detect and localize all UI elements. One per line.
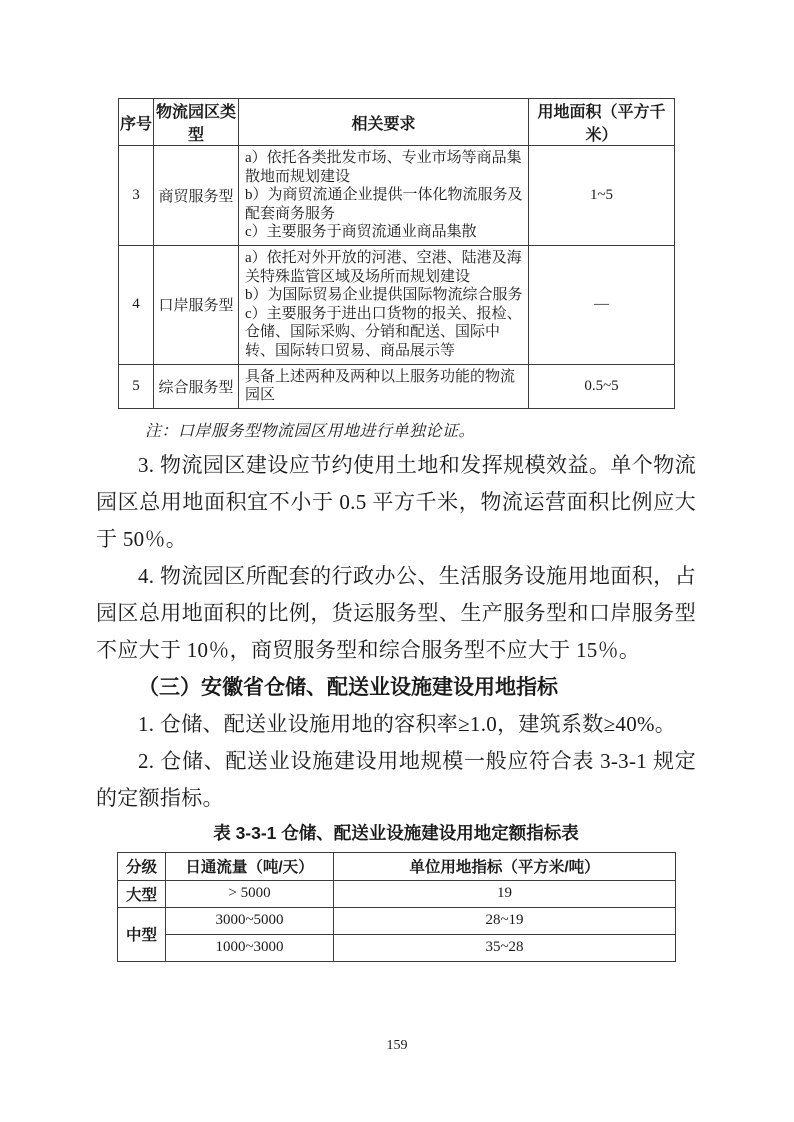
requirement-item: a）依托对外开放的河港、空港、陆港及海关特殊监管区域及场所而规划建设 — [245, 249, 525, 286]
document-page: { "table1": { "headers": ["序号", "物流园区类型"… — [0, 0, 794, 1122]
land-area-cell: 0.5~5 — [529, 364, 675, 408]
requirements-cell: a）依托各类批发市场、专业市场等商品集散地而规划建设 b）为商贸流通企业提供一体… — [239, 146, 529, 246]
page-content: 序号 物流园区类型 相关要求 用地面积（平方千米） 3 商贸服务型 a）依托各类… — [96, 98, 696, 962]
park-type-cell: 口岸服务型 — [154, 245, 239, 364]
header-cell-daily-flow: 日通流量（吨/天） — [166, 852, 334, 880]
page-number: 159 — [0, 1038, 794, 1054]
table-header-row: 分级 日通流量（吨/天） 单位用地指标（平方米/吨） — [118, 852, 676, 880]
table-header-row: 序号 物流园区类型 相关要求 用地面积（平方千米） — [119, 99, 675, 146]
logistics-park-types-table: 序号 物流园区类型 相关要求 用地面积（平方千米） 3 商贸服务型 a）依托各类… — [118, 98, 675, 409]
row-number-cell: 5 — [119, 364, 154, 408]
daily-flow-cell: 1000~3000 — [166, 934, 334, 961]
land-area-cell: 1~5 — [529, 146, 675, 246]
table-note: 注：口岸服务型物流园区用地进行单独论证。 — [145, 418, 696, 441]
requirements-cell: 具备上述两种及两种以上服务功能的物流园区 — [239, 364, 529, 408]
row-number-cell: 3 — [119, 146, 154, 246]
header-cell-grade: 分级 — [118, 852, 166, 880]
unit-indicator-cell: 19 — [334, 880, 676, 907]
requirement-item: b）为商贸流通企业提供一体化物流服务及配套商务服务 — [245, 186, 525, 223]
header-cell-land-area: 用地面积（平方千米） — [529, 99, 675, 146]
paragraph-3: 3. 物流园区建设应节约使用土地和发挥规模效益。单个物流园区总用地面积宜不小于 … — [96, 447, 696, 558]
paragraph-4: 4. 物流园区所配套的行政办公、生活服务设施用地面积，占园区总用地面积的比例，货… — [96, 558, 696, 669]
park-type-cell: 商贸服务型 — [154, 146, 239, 246]
requirements-cell: a）依托对外开放的河港、空港、陆港及海关特殊监管区域及场所而规划建设 b）为国际… — [239, 245, 529, 364]
requirement-item: a）依托各类批发市场、专业市场等商品集散地而规划建设 — [245, 149, 525, 186]
daily-flow-cell: 3000~5000 — [166, 907, 334, 934]
header-cell-park-type: 物流园区类型 — [154, 99, 239, 146]
warehouse-quota-table: 分级 日通流量（吨/天） 单位用地指标（平方米/吨） 大型 > 5000 19 … — [117, 852, 676, 962]
item-1: 1. 仓储、配送业设施用地的容积率≥1.0，建筑系数≥40%。 — [96, 706, 696, 743]
table-row: 4 口岸服务型 a）依托对外开放的河港、空港、陆港及海关特殊监管区域及场所而规划… — [119, 245, 675, 364]
header-cell-requirements: 相关要求 — [239, 99, 529, 146]
table-row: 3 商贸服务型 a）依托各类批发市场、专业市场等商品集散地而规划建设 b）为商贸… — [119, 146, 675, 246]
requirement-item: c）主要服务于商贸流通业商品集散 — [245, 223, 525, 242]
item-2: 2. 仓储、配送业设施建设用地规模一般应符合表 3-3-1 规定的定额指标。 — [96, 743, 696, 817]
table-row: 大型 > 5000 19 — [118, 880, 676, 907]
park-type-cell: 综合服务型 — [154, 364, 239, 408]
requirement-item: b）为国际贸易企业提供国际物流综合服务 — [245, 286, 525, 305]
table-row: 中型 3000~5000 28~19 — [118, 907, 676, 934]
land-area-cell: — — [529, 245, 675, 364]
header-cell-unit-indicator: 单位用地指标（平方米/吨） — [334, 852, 676, 880]
grade-cell: 中型 — [118, 907, 166, 961]
table-row: 5 综合服务型 具备上述两种及两种以上服务功能的物流园区 0.5~5 — [119, 364, 675, 408]
section-heading: （三）安徽省仓储、配送业设施建设用地指标 — [96, 669, 696, 706]
header-cell-seq: 序号 — [119, 99, 154, 146]
grade-cell: 大型 — [118, 880, 166, 907]
row-number-cell: 4 — [119, 245, 154, 364]
daily-flow-cell: > 5000 — [166, 880, 334, 907]
requirement-item: c）主要服务于进出口货物的报关、报检、仓储、国际采购、分销和配送、国际中转、国际… — [245, 305, 525, 361]
table-row: 1000~3000 35~28 — [118, 934, 676, 961]
table-3-3-1-title: 表 3-3-1 仓储、配送业设施建设用地定额指标表 — [96, 818, 696, 848]
unit-indicator-cell: 35~28 — [334, 934, 676, 961]
unit-indicator-cell: 28~19 — [334, 907, 676, 934]
